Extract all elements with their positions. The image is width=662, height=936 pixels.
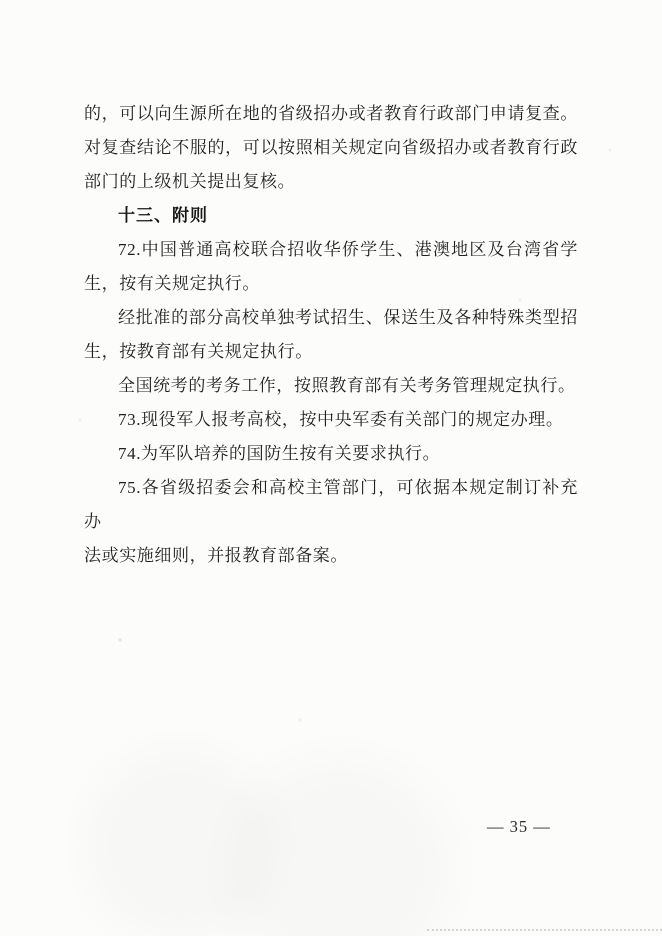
paragraph-exam-affairs: 全国统考的考务工作，按照教育部有关考务管理规定执行。 bbox=[84, 369, 578, 403]
text-line: 72.中国普通高校联合招收华侨学生、港澳地区及台湾省学 bbox=[84, 233, 578, 267]
page-number: — 35 — bbox=[487, 817, 551, 837]
text-line: 对复查结论不服的，可以按照相关规定向省级招办或者教育行政 bbox=[84, 131, 578, 165]
paragraph-75: 75.各省级招委会和高校主管部门，可依据本规定制订补充办 法或实施细则，并报教育… bbox=[84, 471, 578, 573]
document-body: 的，可以向生源所在地的省级招办或者教育行政部门申请复查。 对复查结论不服的，可以… bbox=[84, 97, 578, 573]
text-line: 全国统考的考务工作，按照教育部有关考务管理规定执行。 bbox=[84, 369, 578, 403]
paragraph-72: 72.中国普通高校联合招收华侨学生、港澳地区及台湾省学 生，按有关规定执行。 bbox=[84, 233, 578, 301]
text-line: 生，按教育部有关规定执行。 bbox=[84, 335, 578, 369]
paragraph-73: 73.现役军人报考高校，按中央军委有关部门的规定办理。 bbox=[84, 403, 578, 437]
scanned-document-page: 的，可以向生源所在地的省级招办或者教育行政部门申请复查。 对复查结论不服的，可以… bbox=[0, 0, 662, 936]
paragraph-special-admission: 经批准的部分高校单独考试招生、保送生及各种特殊类型招 生，按教育部有关规定执行。 bbox=[84, 301, 578, 369]
text-line: 73.现役军人报考高校，按中央军委有关部门的规定办理。 bbox=[84, 403, 578, 437]
text-line: 经批准的部分高校单独考试招生、保送生及各种特殊类型招 bbox=[84, 301, 578, 335]
text-line: 法或实施细则，并报教育部备案。 bbox=[84, 539, 578, 573]
paragraph-74: 74.为军队培养的国防生按有关要求执行。 bbox=[84, 437, 578, 471]
text-line: 生，按有关规定执行。 bbox=[84, 267, 578, 301]
text-line: 74.为军队培养的国防生按有关要求执行。 bbox=[84, 437, 578, 471]
text-line: 部门的上级机关提出复核。 bbox=[84, 165, 578, 199]
scan-artifact-dotted-line bbox=[427, 929, 662, 931]
section-heading-13-supplementary: 十三、附则 bbox=[84, 199, 578, 233]
text-line: 75.各省级招委会和高校主管部门，可依据本规定制订补充办 bbox=[84, 471, 578, 539]
text-line: 的，可以向生源所在地的省级招办或者教育行政部门申请复查。 bbox=[84, 97, 578, 131]
paragraph-review-continuation: 的，可以向生源所在地的省级招办或者教育行政部门申请复查。 对复查结论不服的，可以… bbox=[84, 97, 578, 199]
